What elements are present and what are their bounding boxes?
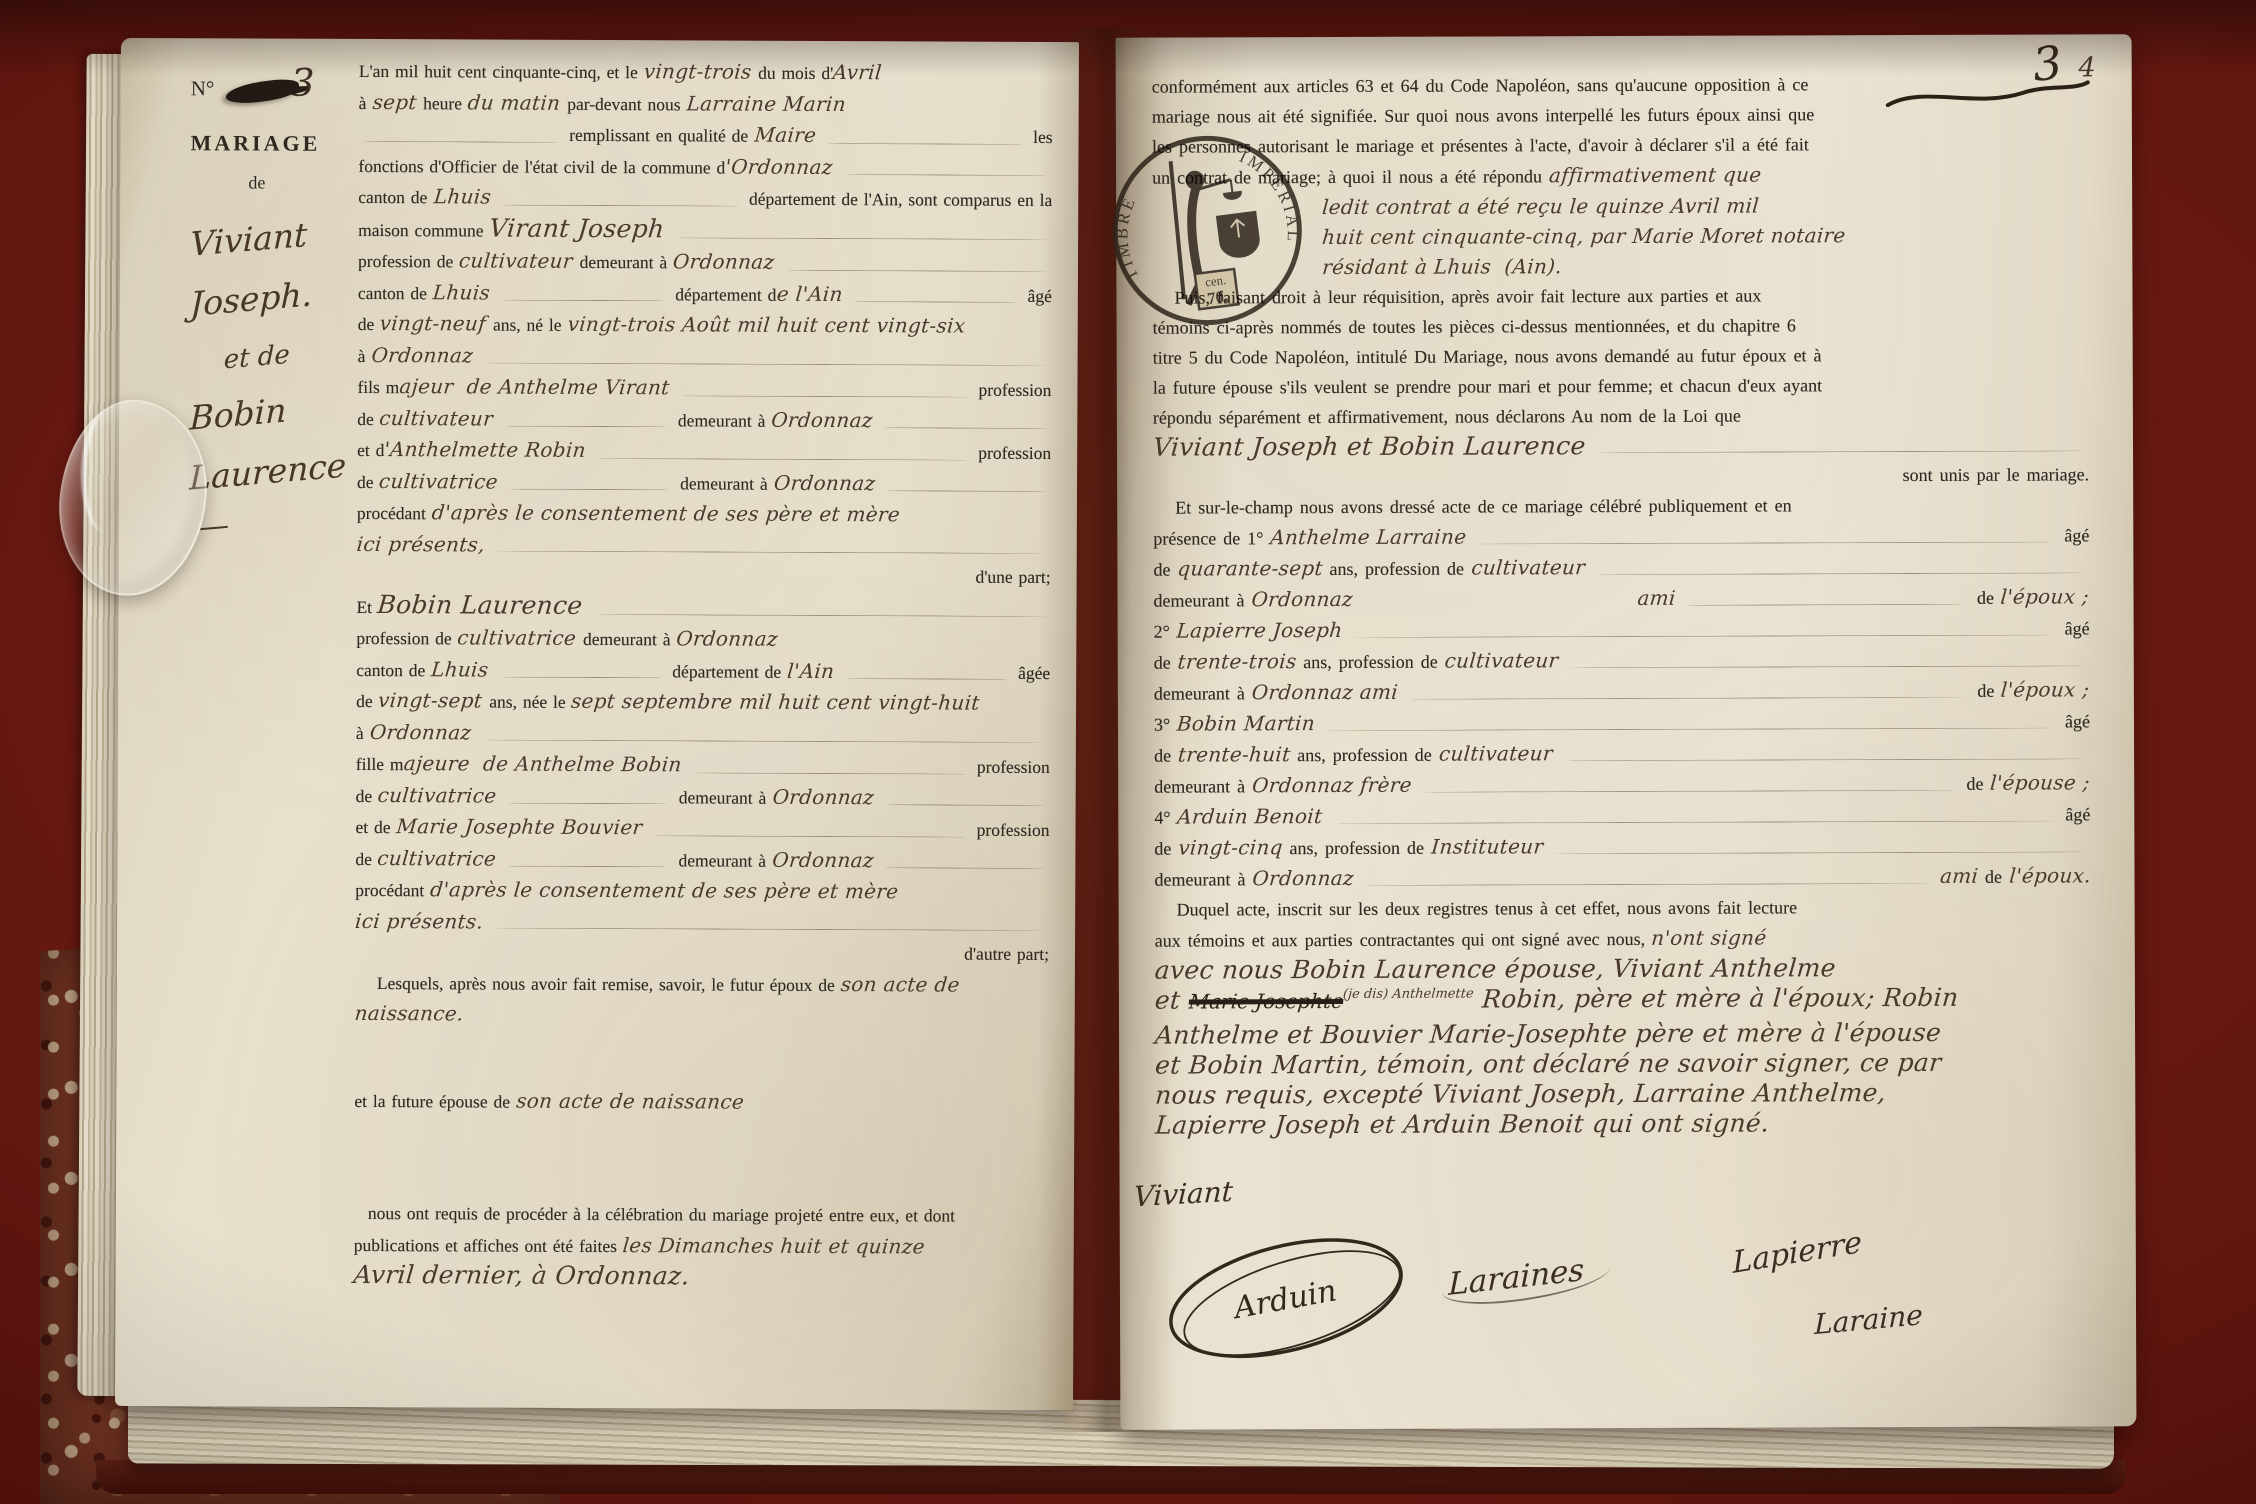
rule-line xyxy=(786,269,1047,271)
rule-line xyxy=(681,395,968,397)
handwritten-text: résidant à Lhuis (Ain). xyxy=(1321,251,1563,282)
printed-text: âgé xyxy=(2058,799,2090,829)
text-line xyxy=(354,1028,1048,1087)
text-line: de trente-trois ans, profession de culti… xyxy=(1154,643,2090,677)
act-title: MARIAGE xyxy=(190,130,360,157)
handwritten-text: d'après le consentement de ses père et m… xyxy=(430,497,901,530)
printed-text: les xyxy=(1027,122,1052,153)
printed-text: âgé xyxy=(2057,520,2089,550)
rule-line xyxy=(1334,821,2053,825)
handwritten-text: cultivateur xyxy=(458,245,581,276)
printed-text: heure xyxy=(423,88,468,119)
rule-line xyxy=(678,237,1047,240)
printed-text: de xyxy=(1985,862,2009,892)
printed-text: profession xyxy=(972,438,1051,469)
rule-line xyxy=(887,490,1046,492)
text-line: d'autre part; xyxy=(355,936,1049,970)
text-line: de vingt-neuf ans, né le vingt-trois Aoû… xyxy=(358,308,1052,343)
handwritten-text: et Bobin Martin, témoin, ont déclaré ne … xyxy=(1154,1048,1943,1081)
svg-text:TIMBRE: TIMBRE xyxy=(1106,191,1150,285)
handwritten-text: vingt-sept xyxy=(377,685,491,716)
printed-text: de xyxy=(1959,769,1990,799)
text-line: à sept heure du matin par-devant nous La… xyxy=(359,86,1053,121)
act-margin: N° 3 MARIAGE de Viviant Joseph. et de Bo… xyxy=(189,60,361,542)
handwritten-text: sept septembre mil huit cent vingt-huit xyxy=(570,686,981,718)
handwritten-text: et xyxy=(1154,986,1190,1016)
handwritten-text: Avril xyxy=(832,57,884,88)
handwritten-text: Virant Joseph xyxy=(488,213,674,244)
text-line: Lesquels, après nous avoir fait remise, … xyxy=(355,966,1049,1001)
printed-text: ans, profession de xyxy=(1303,647,1445,677)
printed-text: de xyxy=(356,686,379,717)
text-line: à Ordonnaz xyxy=(358,339,1052,374)
printed-text: âgée xyxy=(1012,657,1050,688)
handwritten-text: quarante-sept xyxy=(1176,553,1331,584)
rule-line xyxy=(596,614,1045,617)
printed-text: ans, profession de xyxy=(1289,833,1431,863)
printed-text: canton de xyxy=(358,182,427,213)
struck-text: Marie Josephte xyxy=(1187,986,1344,1017)
printed-text: du mois d' xyxy=(758,58,833,89)
rule-line xyxy=(1687,604,1965,606)
rule-line xyxy=(885,804,1044,806)
printed-text: profession de xyxy=(356,623,457,654)
text-line: publications et affiches ont été faites … xyxy=(354,1228,1048,1263)
handwritten-text: Ordonnaz xyxy=(675,623,779,654)
handwritten-text: son acte de naissance xyxy=(514,1085,745,1116)
printed-text: Duquel acte, inscrit sur les deux regist… xyxy=(1177,892,1798,924)
printed-text: demeurant à xyxy=(1154,771,1252,801)
text-line: de vingt-cinq ans, profession de Institu… xyxy=(1154,829,2090,863)
rule-line xyxy=(364,140,559,142)
text-line: procédant d'après le consentement de ses… xyxy=(355,874,1049,909)
rule-line xyxy=(1596,572,2084,575)
left-page: N° 3 MARIAGE de Viviant Joseph. et de Bo… xyxy=(115,38,1079,1410)
printed-text: profession xyxy=(973,375,1052,406)
text-line: canton de Lhuis département de l'Ain, so… xyxy=(358,181,1052,216)
rule-line xyxy=(1327,728,2053,732)
text-line: Viviant Joseph et Bobin Laurence xyxy=(1153,429,2089,462)
stamp-cent-value: 70. xyxy=(1206,287,1229,308)
handwritten-text: naissance. xyxy=(353,998,465,1029)
printed-text: remplissant en qualité de xyxy=(563,120,754,151)
text-line: 4° Arduin Benoit âgé xyxy=(1154,798,2090,832)
text-line: Anthelme et Bouvier Marie-Josephte père … xyxy=(1155,1017,2091,1050)
handwritten-text: Anthelme Larraine xyxy=(1269,522,1474,553)
printed-text: Et sur-le-champ nous avons dressé acte d… xyxy=(1175,490,1791,522)
ink-blot xyxy=(224,77,300,106)
handwritten-text: Ordonnaz xyxy=(1250,584,1361,614)
text-line: de cultivatrice demeurant à Ordonnaz xyxy=(355,842,1049,877)
printed-text: demeurant à xyxy=(673,782,772,813)
text-line: ici présents, xyxy=(357,528,1051,562)
handwritten-text: ami xyxy=(1636,583,1683,613)
text-line: Et Bobin Laurence xyxy=(356,589,1050,625)
handwritten-text: Anthelme et Bouvier Marie-Josephte père … xyxy=(1154,1018,1943,1051)
text-line: demeurant à Ordonnaz frère de l'épouse ; xyxy=(1154,767,2090,801)
printed-text: L'an mil huit cent cinquante-cinq, et le xyxy=(359,56,644,88)
handwritten-text: frère xyxy=(1359,770,1420,800)
handwritten-text: Ordonnaz xyxy=(1251,863,1362,893)
handwritten-text: affirmativement que xyxy=(1548,160,1763,191)
printed-text: âgé xyxy=(1022,280,1052,311)
handwritten-text: n'ont signé xyxy=(1644,923,1768,953)
handwritten-text: trente-trois xyxy=(1176,646,1304,676)
handwritten-text: Marie Josephte Bouvier xyxy=(395,811,650,843)
left-page-text: L'an mil huit cent cinquante-cinq, et le… xyxy=(354,55,1053,1294)
text-line: aux témoins et aux parties contractantes… xyxy=(1155,921,2091,955)
spacer xyxy=(357,580,976,583)
rule-line xyxy=(1599,450,2084,453)
text-line: titre 5 du Code Napoléon, intitulé Du Ma… xyxy=(1153,339,2089,372)
rule-line xyxy=(1424,790,1955,793)
text-line: Duquel acte, inscrit sur les deux regist… xyxy=(1155,891,2091,924)
printed-text: procédant xyxy=(355,875,430,906)
handwritten-text: ami xyxy=(1359,677,1406,707)
text-line: avec nous Bobin Laurence épouse, Viviant… xyxy=(1155,952,2091,985)
timbre-imperial-stamp: TIMBRE IMPÉRIAL cen. 70. xyxy=(1097,120,1318,341)
spacer xyxy=(1360,605,1638,606)
handwritten-text: huit cent cinquante-cinq, par Marie More… xyxy=(1321,220,1847,252)
printed-text: Lesquels, après nous avoir fait remise, … xyxy=(377,968,841,1001)
rule-line xyxy=(884,427,1046,429)
text-line: profession de cultivateur demeurant à Or… xyxy=(358,245,1052,280)
text-line: Avril dernier, à Ordonnaz. xyxy=(354,1260,1048,1294)
printed-text: et la future épouse de xyxy=(354,1085,516,1116)
handwritten-text: sept xyxy=(371,87,425,118)
handwritten-text: ledit contrat a été reçu le quinze Avril… xyxy=(1321,191,1760,223)
handwritten-text: ami xyxy=(1932,861,1986,891)
act-margin-names: Viviant Joseph. et de Bobin Laurence — xyxy=(189,207,360,542)
signature: Laraine xyxy=(1814,1298,1923,1341)
text-line: et Bobin Martin, témoin, ont déclaré ne … xyxy=(1155,1047,2091,1080)
printed-text: département de xyxy=(666,656,787,687)
text-line: sont unis par le mariage. xyxy=(1153,459,2089,492)
printed-text: âgé xyxy=(2058,613,2090,643)
text-line: L'an mil huit cent cinquante-cinq, et le… xyxy=(359,55,1053,90)
text-line: et d'Anthelmette Robin profession xyxy=(357,434,1051,469)
handwritten-text: Bobin Laurence xyxy=(377,590,593,621)
handwritten-text: cultivatrice xyxy=(376,843,504,874)
rule-line xyxy=(827,142,1022,144)
spacer xyxy=(355,957,964,960)
rule-line xyxy=(846,678,1007,680)
handwritten-text: Ordonnaz xyxy=(772,467,883,498)
handwritten-text: l'époux ; xyxy=(2000,674,2091,704)
handwritten-text: Ordonnaz xyxy=(1251,770,1362,800)
printed-text: à xyxy=(356,717,370,748)
handwritten-text: Larraine Marin xyxy=(685,88,847,119)
text-line: et Marie Josephte(je dis) Anthelmette Ro… xyxy=(1155,982,2091,1020)
rule-line xyxy=(854,301,1017,303)
printed-text: Et xyxy=(356,591,378,622)
printed-text: département d xyxy=(669,279,776,310)
rule-line xyxy=(483,740,1045,743)
text-line: et de Marie Josephte Bouvier profession xyxy=(355,811,1049,846)
handwritten-text: Lapierre Joseph et Arduin Benoit qui ont… xyxy=(1154,1108,1770,1140)
printed-text: âgé xyxy=(2058,706,2090,736)
text-line: de cultivateur demeurant à Ordonnaz xyxy=(357,402,1051,437)
text-line: remplissant en qualité de Maire les xyxy=(359,118,1053,153)
printed-text: nous ont requis de procéder à la célébra… xyxy=(368,1198,955,1231)
text-line: de cultivatrice demeurant à Ordonnaz xyxy=(356,779,1050,814)
text-line: canton de Lhuis département de l'Ain âgé… xyxy=(356,653,1050,688)
text-line: 2° Lapierre Joseph âgé xyxy=(1154,612,2090,646)
printed-text: demeurant à xyxy=(1153,585,1251,615)
printed-text: d'une part; xyxy=(975,562,1050,593)
handwritten-text: cultivateur xyxy=(1437,738,1560,768)
rule-line xyxy=(1564,758,2085,761)
rule-line xyxy=(495,928,1044,931)
printed-text: à xyxy=(358,340,372,371)
handwritten-text: Bobin Martin xyxy=(1176,708,1323,739)
printed-text: répondu séparément et affirmativement, n… xyxy=(1153,401,1741,433)
handwritten-text: vingt-trois xyxy=(642,56,759,87)
rule-line xyxy=(497,551,1046,554)
text-line: fonctions d'Officier de l'état civil de … xyxy=(358,149,1052,184)
printed-text: ans, née le xyxy=(489,687,571,718)
text-line: de cultivatrice demeurant à Ordonnaz xyxy=(357,465,1051,500)
text-line: répondu séparément et affirmativement, n… xyxy=(1153,399,2089,432)
printed-text: de xyxy=(1154,648,1178,678)
printed-text: maison commune xyxy=(358,214,489,245)
signature: Laraines xyxy=(1442,1249,1610,1310)
handwritten-text: vingt-cinq xyxy=(1177,832,1291,862)
rule-line xyxy=(502,300,665,302)
printed-text: demeurant à xyxy=(673,845,772,876)
printed-text: présence de 1° xyxy=(1153,523,1270,553)
rule-line xyxy=(1555,851,2086,854)
text-line: Lapierre Joseph et Arduin Benoit qui ont… xyxy=(1155,1107,2091,1140)
printed-text: de xyxy=(1154,834,1178,864)
text-line: canton de Lhuis département de l'Ain âgé xyxy=(358,276,1052,311)
handwritten-text: Ordonnaz xyxy=(672,246,783,277)
printed-text: demeurant à xyxy=(672,405,771,436)
photo-of-register: N° 3 MARIAGE de Viviant Joseph. et de Bo… xyxy=(0,0,2256,1504)
text-line: demeurant à Ordonnaz ami de l'époux ; xyxy=(1153,581,2089,615)
text-line: demeurant à Ordonnaz ami de l'époux. xyxy=(1154,860,2090,894)
printed-text: de xyxy=(1970,583,2001,613)
text-line: de quarante-sept ans, profession de cult… xyxy=(1153,550,2089,584)
printed-text: département de l'Ain, sont comparus en l… xyxy=(743,184,1052,216)
handwritten-text: 'Ordonnaz xyxy=(724,151,841,182)
printed-text: profession xyxy=(971,815,1050,846)
rule-line xyxy=(508,866,667,868)
stamp-arc-left-text: TIMBRE xyxy=(1106,191,1150,285)
printed-text: conformément aux articles 63 et 64 du Co… xyxy=(1152,69,1809,101)
handwritten-text: Ordonnaz xyxy=(771,844,882,875)
text-line: procédant d'après le consentement de ses… xyxy=(357,497,1051,532)
printed-text: profession de xyxy=(358,246,459,277)
printed-text: de xyxy=(358,309,381,340)
printed-text: fille m xyxy=(356,749,404,780)
printed-text: ans, profession de xyxy=(1297,740,1439,770)
handwritten-text: cultivatrice xyxy=(378,466,506,497)
printed-text: de xyxy=(357,403,380,434)
handwritten-text: vingt-trois Août mil huit cent vingt-six xyxy=(566,309,966,341)
rule-line xyxy=(505,426,667,428)
handwritten-text: Lhuis xyxy=(426,181,499,212)
text-line: maison commune Virant Joseph xyxy=(358,212,1052,248)
printed-text: de xyxy=(356,780,379,811)
text-line: d'une part; xyxy=(357,559,1051,593)
text-line xyxy=(354,1116,1048,1201)
printed-text: demeurant à xyxy=(1154,678,1252,708)
handwritten-text: l'Ain xyxy=(786,655,843,686)
printed-text: de xyxy=(1154,741,1178,771)
rule-line xyxy=(510,489,669,491)
handwritten-text: vingt-neuf xyxy=(379,308,495,339)
act-title-de: de xyxy=(248,172,360,193)
handwritten-text: Arduin Benoit xyxy=(1176,801,1330,832)
text-line: fils majeur de Anthelme Virant professio… xyxy=(357,371,1051,406)
text-line: demeurant à Ordonnaz ami de l'époux ; xyxy=(1154,674,2090,708)
handwritten-text: ici présents, xyxy=(355,528,493,559)
text-line: et la future épouse de son acte de naiss… xyxy=(354,1084,1048,1119)
printed-text: procédant xyxy=(357,498,432,529)
printed-text: fonctions d'Officier de l'état civil de … xyxy=(358,150,725,182)
rule-line xyxy=(500,677,661,679)
printed-text: 4° xyxy=(1154,803,1177,833)
printed-text: par-devant nous xyxy=(567,88,686,119)
text-line: de trente-huit ans, profession de cultiv… xyxy=(1154,736,2090,770)
handwritten-text: ajeur de Anthelme Virant xyxy=(398,371,678,403)
spacer xyxy=(1153,481,1903,484)
handwritten-text: cultivateur xyxy=(1443,645,1566,675)
rule-line xyxy=(1570,665,2085,668)
rule-line xyxy=(1354,635,2052,638)
text-line: la future épouse s'ils veulent se prendr… xyxy=(1153,369,2089,402)
printed-text: d'autre part; xyxy=(964,939,1049,970)
handwritten-text: Ordonnaz xyxy=(368,717,479,748)
printed-text: la future épouse s'ils veulent se prendr… xyxy=(1153,370,1822,402)
printed-text: demeurant à xyxy=(1154,864,1252,894)
printed-text: canton de xyxy=(356,654,431,685)
interlined-text: (je dis) Anthelmette xyxy=(1342,980,1475,1010)
printed-text: 3° xyxy=(1154,710,1177,740)
handwritten-text: nous requis, excepté Viviant Joseph, Lar… xyxy=(1154,1078,1887,1111)
act-number-row: N° 3 xyxy=(191,60,361,105)
handwritten-text: avec nous Bobin Laurence épouse, Viviant… xyxy=(1154,953,1837,985)
printed-text: aux témoins et aux parties contractantes… xyxy=(1155,924,1645,956)
printed-text: demeurant à xyxy=(583,624,677,655)
rule-line xyxy=(1366,883,1929,886)
handwritten-text: Ordonnaz xyxy=(770,404,881,435)
signature: Arduin xyxy=(1228,1273,1339,1326)
handwritten-text: Lhuis xyxy=(430,654,497,685)
printed-text: demeurant à xyxy=(674,468,773,499)
printed-text: de xyxy=(355,843,378,874)
text-line: présence de 1° Anthelme Larraine âgé xyxy=(1153,519,2089,553)
printed-text: fils m xyxy=(357,372,399,403)
text-line: Et sur-le-champ nous avons dressé acte d… xyxy=(1153,489,2089,522)
text-line: naissance. xyxy=(355,998,1049,1032)
text-line: 3° Bobin Martin âgé xyxy=(1154,705,2090,739)
printed-text: de xyxy=(1153,555,1177,585)
rule-line xyxy=(484,363,1046,366)
handwritten-text: Ordonnaz xyxy=(771,781,882,812)
printed-text: 2° xyxy=(1154,617,1177,647)
rule-line xyxy=(844,174,1047,176)
signature: Lapierre xyxy=(1732,1225,1862,1281)
handwritten-text: trente-huit xyxy=(1177,739,1299,769)
handwritten-text: Instituteur xyxy=(1430,831,1551,861)
text-line: ici présents. xyxy=(355,905,1049,939)
handwritten-text: Ordonnaz xyxy=(370,340,481,371)
rule-line xyxy=(1478,542,2052,545)
text-line: nous requis, excepté Viviant Joseph, Lar… xyxy=(1155,1077,2091,1110)
handwritten-text: Avril dernier, à Ordonnaz. xyxy=(352,1260,691,1292)
text-line: nous ont requis de procéder à la célébra… xyxy=(354,1198,1048,1232)
handwritten-text: 'Anthelmette Robin xyxy=(383,434,594,465)
act-number-label: N° xyxy=(191,76,215,101)
handwritten-text: cultivateur xyxy=(378,403,501,434)
handwritten-text: d'après le consentement de ses père et m… xyxy=(429,874,900,907)
printed-text: sont unis par le mariage. xyxy=(1903,459,2090,490)
text-line: conformément aux articles 63 et 64 du Co… xyxy=(1152,68,2088,101)
printed-text: titre 5 du Code Napoléon, intitulé Du Ma… xyxy=(1153,340,1822,372)
handwritten-text: du matin xyxy=(467,87,569,118)
printed-text: demeurant à xyxy=(580,247,674,278)
handwritten-text: cultivateur xyxy=(1470,552,1593,582)
printed-text: canton de xyxy=(358,277,433,308)
handwritten-text: Lapierre Joseph xyxy=(1176,615,1351,646)
handwritten-text: cultivatrice xyxy=(456,622,584,653)
signature: Viviant xyxy=(1133,1175,1234,1214)
handwritten-text: e l'Ain xyxy=(775,278,850,309)
printed-text: de xyxy=(357,466,380,497)
printed-text: profession xyxy=(971,752,1050,783)
text-line: à Ordonnaz xyxy=(356,716,1050,751)
handwritten-text: ici présents. xyxy=(354,905,492,936)
text-line: profession de cultivatrice demeurant à O… xyxy=(356,622,1050,657)
handwritten-text: ajeure de Anthelme Bobin xyxy=(402,748,689,780)
handwritten-text: cultivatrice xyxy=(377,780,505,811)
rule-line xyxy=(508,803,667,805)
rule-line xyxy=(1410,697,1966,700)
handwritten-text: l'époux ; xyxy=(2000,581,2091,611)
printed-text: ans, né le xyxy=(493,310,568,341)
rule-line xyxy=(598,458,968,461)
right-page: 3 4 TIMBRE IMPÉRIAL xyxy=(1116,34,2137,1430)
printed-text: et d xyxy=(357,435,384,466)
printed-text: publications et affiches ont été faites xyxy=(354,1229,623,1261)
rule-line xyxy=(654,835,966,837)
printed-text: ans, profession de xyxy=(1329,554,1471,584)
handwritten-text: l'époux. xyxy=(2008,860,2092,890)
text-line: fille majeure de Anthelme Bobin professi… xyxy=(356,748,1050,783)
handwritten-text: son acte de xyxy=(839,969,961,1000)
handwritten-text: l'épouse ; xyxy=(1989,767,2091,797)
handwritten-text: Maire xyxy=(753,120,824,151)
printed-text: à xyxy=(359,87,373,118)
handwritten-text: Lhuis xyxy=(431,277,498,308)
handwritten-text: les Dimanches huit et quinze xyxy=(621,1230,926,1262)
handwritten-text: Robin, père et mère à l'époux; Robin xyxy=(1472,983,1959,1015)
rule-line xyxy=(693,772,966,774)
signature-flourish: Arduin xyxy=(1156,1223,1417,1374)
printed-text: et de xyxy=(355,812,396,843)
rule-line xyxy=(503,204,738,206)
rule-line xyxy=(885,867,1044,869)
handwritten-text: Viviant Joseph et Bobin Laurence xyxy=(1152,431,1595,463)
printed-text: de xyxy=(1970,676,2001,706)
text-line: de vingt-sept ans, née le sept septembre… xyxy=(356,685,1050,720)
handwritten-text: Ordonnaz xyxy=(1251,677,1362,707)
